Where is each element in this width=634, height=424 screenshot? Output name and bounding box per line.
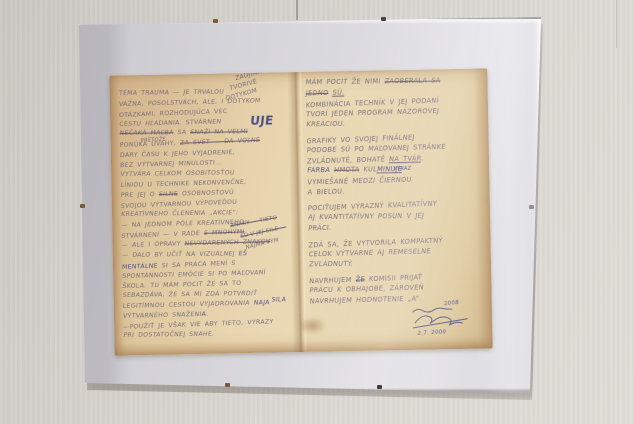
hanging-wire <box>296 0 298 20</box>
handwriting-segment: SILNE <box>158 190 178 198</box>
handwriting-annotation: 2.7. 2000 <box>417 329 446 337</box>
handwriting-segment: MENTÁLNE <box>122 262 158 270</box>
handwriting-segment: ŠKOLA. TU MÁM POCIT ŽE SA TO <box>122 280 242 290</box>
handwriting-annotation: SILA <box>271 296 286 303</box>
right-page-text: MÁM POCIT ŽE NIMI ZAOBERALA SAJEDNO SÚ.K… <box>305 74 487 306</box>
handwriting-segment: KREÁCIOU. <box>306 119 346 128</box>
handwriting-segment: TÉMA TRAUMA — JE TRVALOU <box>118 89 224 97</box>
frame-clip <box>80 204 85 208</box>
handwriting-segment: SNAŽÍ NA VEĽMI <box>190 129 249 137</box>
handwriting-segment: VYTVÁRA CELKOM OSOBITOSŤOU <box>120 169 235 178</box>
handwriting-segment: VÝTVARNÉHO SNAŽENI <box>123 311 202 320</box>
handwriting-segment: KREATÍVNEHO ČLENENIA „AKCIE“: <box>121 209 239 218</box>
handwriting-segment: ZVLÁDNUTÝ. <box>309 259 354 268</box>
handwriting-segment: BEZ VÝTVARNEJ MINULOSTI… <box>120 159 222 169</box>
handwriting-segment: PRÁCI. <box>308 224 332 233</box>
handwriting-annotation: VÝRAZ <box>393 166 412 172</box>
handwriting-segment: MÁM POCIT ŽE NIMI <box>305 77 385 86</box>
handwriting-segment: AJ KVANTITATÍVNY POSUN V JEJ <box>308 212 425 222</box>
handwriting-line: PRI DOSTATOČNEJ SNAHE. <box>123 329 296 342</box>
handwriting-segment: . <box>206 311 209 318</box>
handwriting-segment: SEBAZDÁVA, ŽE SA MI ZDÁ POTVRDIŤ <box>122 290 257 299</box>
handwriting-segment: NAJA <box>253 299 270 306</box>
signature-scribble <box>410 305 472 332</box>
handwriting-segment: DARY ČASU K JEHO VYJADRENIE, <box>120 149 236 159</box>
handwriting-segment: SÚ. <box>332 89 345 97</box>
handwriting-segment: PRI DOSTATOČNEJ SNAHE. <box>123 331 215 339</box>
handwriting-line: ZVLÁDNUTÝ. <box>308 256 487 269</box>
picture-frame: TÉMA TRAUMA — JE TRVALOUVÁŽNA, POSOLSTVÁ… <box>79 17 541 393</box>
handwriting-segment: SA <box>173 129 190 136</box>
handwriting-segment: PRE JEJ O <box>120 191 159 199</box>
frame-clip <box>381 17 386 21</box>
handwriting-segment: HMOTA <box>334 166 360 174</box>
handwriting-segment: CELOK VÝTVARNE AJ REMESELNE <box>308 247 431 258</box>
handwriting-segment: ZAOBERALA SA <box>384 77 441 86</box>
handwriting-segment: ZA SVET — DA VOĽNE <box>180 137 261 147</box>
handwriting-segment: KUL <box>359 166 378 174</box>
handwriting-segment: FARBA <box>307 166 331 174</box>
handwriting-segment: S MNOHÝMI <box>204 229 245 238</box>
frame-clip <box>213 19 218 23</box>
handwriting-segment: JEDNO <box>305 89 329 98</box>
handwriting-segment: A BIELOU. <box>307 188 345 197</box>
manuscript-paper: TÉMA TRAUMA — JE TRVALOUVÁŽNA, POSOLSTVÁ… <box>109 68 492 355</box>
paper-stain <box>297 317 327 336</box>
handwriting-segment: NAVRHUJEM HODNOTENIE „A“. <box>309 294 422 305</box>
handwriting-line: KREÁCIOU. <box>306 117 485 130</box>
frame-clip <box>377 385 382 389</box>
frame-clip <box>225 383 230 387</box>
handwriting-segment: OSOBNOSŤOVÚ <box>178 189 235 197</box>
handwriting-segment: — DALO BY UČIŤ NA VIZUÁLNEJ <box>121 250 239 259</box>
handwriting-segment: SI SA PRÁCA MENÍ S <box>158 259 236 269</box>
handwriting-segment: — ALE I OPRAVY <box>121 241 185 250</box>
photo-of-framed-manuscript: { "scene": { "wall_color": "#d6d2cd", "m… <box>0 0 634 424</box>
handwriting-annotation: UJE <box>250 113 275 127</box>
handwriting-segment: . <box>421 154 424 162</box>
handwriting-segment: NA TVÁR <box>389 154 422 163</box>
wall-seam <box>616 0 617 48</box>
frame-clip <box>529 205 534 209</box>
